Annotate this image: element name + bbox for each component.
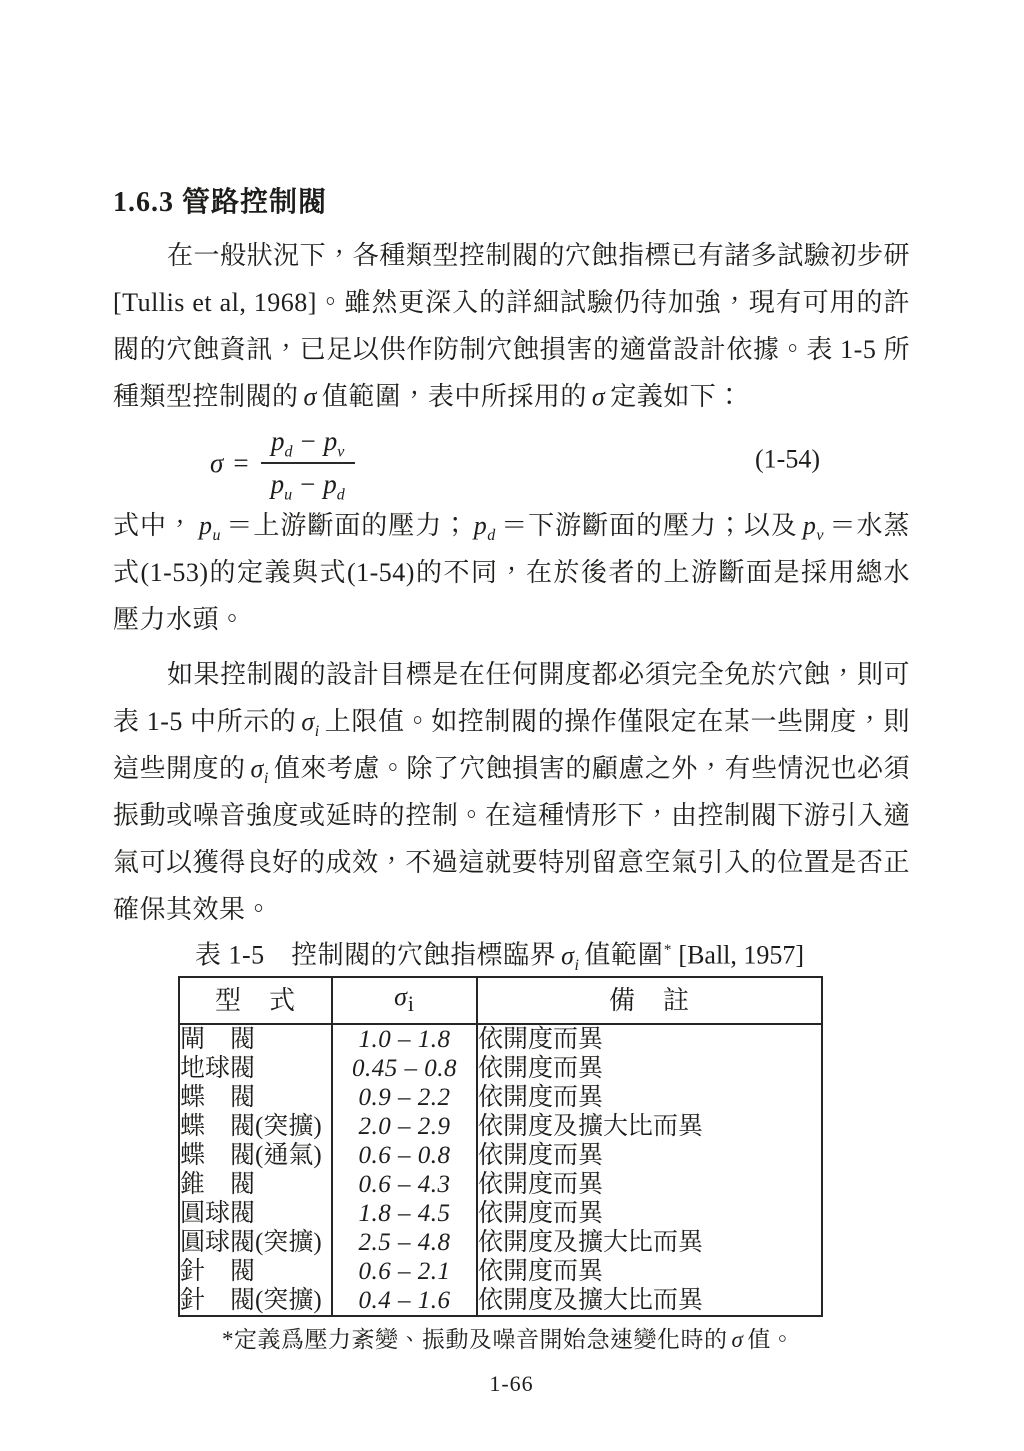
paragraph-line: 氣可以獲得良好的成效，不過這就要特別留意空氣引入的位置是否正確才能 [113,839,910,886]
text-segment: ＝下游斷面的壓力；以及 [501,511,798,540]
fraction-denominator: pu−pd [261,464,355,500]
table-footnote: *定義爲壓力紊變、振動及噪音開始急速變化時的σ值。 [222,1325,821,1355]
sigma-symbol: σ [592,382,605,411]
valve-cavitation-table: 型 式 σi 備 註 閘 閥1.0 – 1.8依開度而異 地球閥0.45 – 0… [178,976,823,1317]
caption-text: 表 1-5 控制閥的穴蝕指標臨界 [195,941,556,970]
table-section: 表 1-5 控制閥的穴蝕指標臨界σi值範圍* [Ball, 1957] 型 式 … [178,933,821,1355]
equals-sign: = [233,448,248,478]
page-content: 1.6.3 管路控制閥 在一般狀況下，各種類型控制閥的穴蝕指標已有諸多試驗初步研… [0,0,1024,1397]
minus-sign: − [301,426,316,456]
table-header-row: 型 式 σi 備 註 [179,977,822,1024]
text-segment: 表 1-5 中所示的 [113,707,296,736]
text-segment: 定義如下： [610,382,743,411]
sigma-i-symbol: σi [301,707,319,736]
fraction-numerator: pd−pv [261,426,355,464]
paragraph-line: 式中，pu＝上游斷面的壓力；pd＝下游斷面的壓力；以及pv＝水蒸汽壓， [113,502,910,549]
paragraph-line: 確保其效果。 [113,886,910,933]
paragraph-intro: 在一般狀況下，各種類型控制閥的穴蝕指標已有諸多試驗初步研究 [Tullis et… [113,232,910,420]
equation-lhs: σ= [210,448,261,479]
table-row: 蝶 閥0.9 – 2.2依開度而異 [179,1083,822,1112]
equation-number: (1-54) [755,444,820,474]
page-number: 1-66 [113,1371,910,1397]
scanned-document-page: 1.6.3 管路控制閥 在一般狀況下，各種類型控制閥的穴蝕指標已有諸多試驗初步研… [0,0,1024,1451]
table-row: 蝶 閥(突擴)2.0 – 2.9依開度及擴大比而異 [179,1112,822,1141]
table-caption: 表 1-5 控制閥的穴蝕指標臨界σi值範圍* [Ball, 1957] [178,933,821,973]
fraction: pd−pv pu−pd [261,426,355,500]
footnote-text: *定義爲壓力紊變、振動及噪音開始急速變化時的 [222,1327,728,1352]
p-symbol: p [271,426,285,456]
column-header-sigma-i: σi [332,977,477,1024]
text-segment: 這些開度的 [113,754,246,783]
paragraph-line: 表 1-5 中所示的σi上限值。如控制閥的操作僅限定在某一些開度，則應針對 [113,698,910,745]
sigma-symbol: σ [304,382,317,411]
equation-1-54: σ= pd−pv pu−pd (1-54) [113,424,910,502]
table-row: 圓球閥1.8 – 4.5依開度而異 [179,1199,822,1228]
column-header-type: 型 式 [179,977,332,1024]
paragraph-line: 式(1-53)的定義與式(1-54)的不同，在於後者的上游斷面是採用總水頭而不是 [113,549,910,596]
paragraph-line: 如果控制閥的設計目標是在任何開度都必須完全免於穴蝕，則可採用 [113,651,910,698]
subscript-d: d [337,486,345,503]
p-v-symbol: pv [803,511,824,540]
text-segment: 式中， [113,511,194,540]
paragraph-design: 如果控制閥的設計目標是在任何開度都必須完全免於穴蝕，則可採用 表 1-5 中所示… [113,651,910,933]
paragraph-line: 這些開度的σi值來考慮。除了穴蝕損害的顧慮之外，有些情況也必須考慮 [113,745,910,792]
p-symbol: p [323,469,337,499]
paragraph-line: 種類型控制閥的σ值範圍，表中所採用的σ定義如下： [113,373,910,420]
p-symbol: p [271,469,285,499]
p-u-symbol: pu [199,511,221,540]
subscript-v: v [337,443,344,460]
sigma-symbol: σ [210,448,223,478]
sigma-i-symbol: σi [561,941,579,970]
section-heading: 1.6.3 管路控制閥 [113,188,910,218]
sigma-symbol: σ [732,1327,744,1352]
column-header-remark: 備 註 [477,977,822,1024]
minus-sign: − [300,469,315,499]
table-row: 針 閥0.6 – 2.1依開度而異 [179,1257,822,1286]
paragraph-definition: 式中，pu＝上游斷面的壓力；pd＝下游斷面的壓力；以及pv＝水蒸汽壓， 式(1-… [113,502,910,643]
footnote-marker: * [664,942,672,958]
p-d-symbol: pd [474,511,496,540]
caption-reference: [Ball, 1957] [672,941,804,970]
paragraph-line: 在一般狀況下，各種類型控制閥的穴蝕指標已有諸多試驗初步研究 [113,232,910,279]
paragraph-line: 振動或噪音強度或延時的控制。在這種情形下，由控制閥下游引入適量的空 [113,792,910,839]
subscript-u: u [284,486,292,503]
text-segment: 種類型控制閥的 [113,382,299,411]
sigma-i-symbol: σi [251,754,269,783]
subscript-d: d [285,443,293,460]
table-row: 錐 閥0.6 – 4.3依開度而異 [179,1170,822,1199]
text-segment: 值範圍，表中所採用的 [322,382,587,411]
paragraph-line: 壓力水頭。 [113,596,910,643]
p-symbol: p [324,426,338,456]
paragraph-line: 閥的穴蝕資訊，已足以供作防制穴蝕損害的適當設計依據。表 1-5 所列爲各 [113,326,910,373]
table-row: 蝶 閥(通氣)0.6 – 0.8依開度而異 [179,1141,822,1170]
table-row: 針 閥(突擴)0.4 – 1.6依開度及擴大比而異 [179,1286,822,1316]
caption-text: 值範圍 [584,941,664,970]
text-segment: ＝上游斷面的壓力； [226,511,469,540]
table-row: 圓球閥(突擴)2.5 – 4.8依開度及擴大比而異 [179,1228,822,1257]
table-row: 地球閥0.45 – 0.8依開度而異 [179,1054,822,1083]
paragraph-line: [Tullis et al, 1968]。雖然更深入的詳細試驗仍待加強，現有可用… [113,279,910,326]
footnote-text: 值。 [747,1327,794,1352]
table-row: 閘 閥1.0 – 1.8依開度而異 [179,1024,822,1054]
